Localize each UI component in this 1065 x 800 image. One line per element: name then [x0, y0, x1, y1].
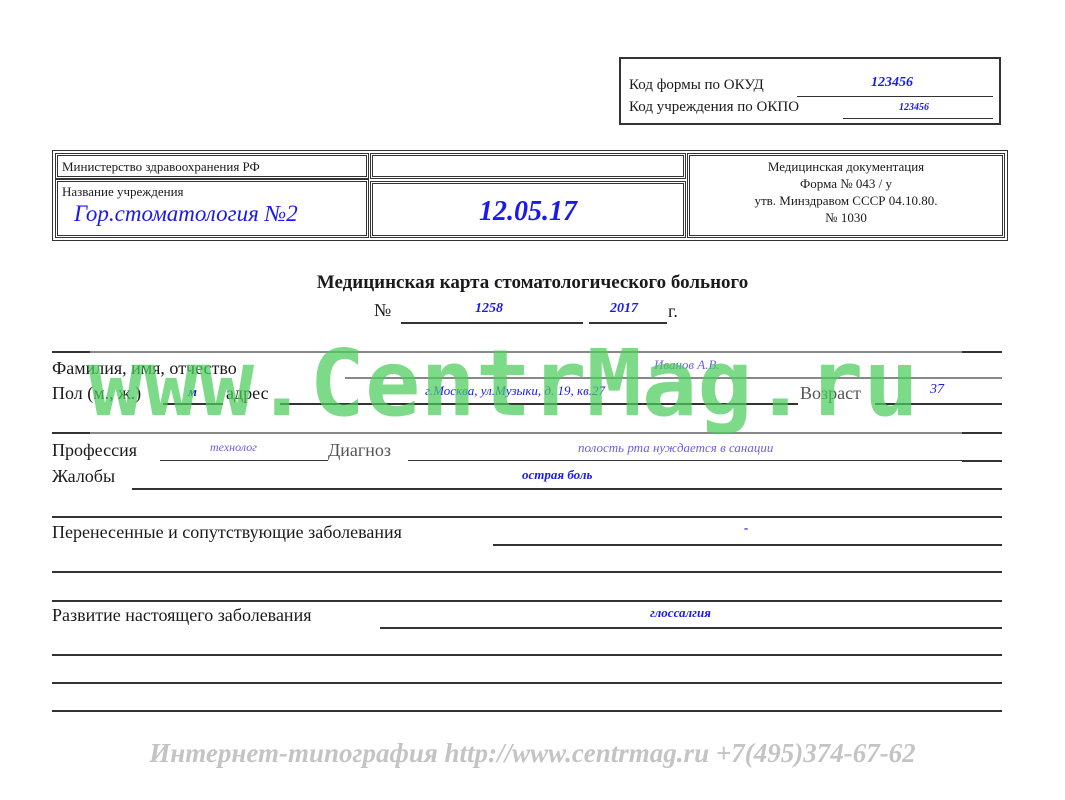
profession-label: Профессия	[52, 440, 137, 461]
diagnosis-label: Диагноз	[328, 440, 391, 461]
form-info-cell: Медицинская документация Форма № 043 / у…	[687, 153, 1005, 238]
date-value[interactable]: 12.05.17	[373, 196, 683, 228]
card-year-value[interactable]: 2017	[610, 301, 638, 317]
past-diseases-value[interactable]: -	[744, 520, 748, 536]
form-info-line4: № 1030	[690, 209, 1002, 226]
complaints-value[interactable]: острая боль	[522, 467, 592, 483]
number-sign: №	[374, 300, 391, 321]
age-value[interactable]: 37	[930, 382, 944, 398]
ministry-cell: Министерство здравоохранения РФ	[55, 153, 369, 179]
current-disease-value[interactable]: глоссалгия	[650, 605, 711, 621]
current-disease-label: Развитие настоящего заболевания	[52, 605, 311, 626]
okpo-value[interactable]: 123456	[899, 102, 929, 113]
watermark: www.CentrMag.ru	[88, 338, 919, 430]
date-cell: 12.05.17	[370, 181, 686, 238]
okud-value[interactable]: 123456	[871, 75, 913, 91]
past-diseases-label: Перенесенные и сопутствующие заболевания	[52, 522, 402, 543]
institution-label: Название учреждения	[62, 184, 184, 200]
complaints-label: Жалобы	[52, 466, 115, 487]
document-title: Медицинская карта стоматологического бол…	[0, 272, 1065, 294]
form-info-line2: Форма № 043 / у	[690, 175, 1002, 192]
form-info-line3: утв. Минздравом СССР 04.10.80.	[690, 192, 1002, 209]
year-suffix: г.	[668, 301, 678, 322]
form-codes-box: Код формы по ОКУД 123456 Код учреждения …	[619, 57, 1001, 125]
ministry-text: Министерство здравоохранения РФ	[62, 159, 260, 175]
institution-value[interactable]: Гор.стоматология №2	[74, 201, 298, 227]
blank-cell	[370, 153, 686, 179]
form-info-line1: Медицинская документация	[690, 158, 1002, 175]
institution-cell: Название учреждения Гор.стоматология №2	[55, 179, 369, 238]
okpo-label: Код учреждения по ОКПО	[629, 99, 799, 116]
footer-advert: Интернет-типография http://www.centrmag.…	[0, 738, 1065, 769]
diagnosis-value[interactable]: полость рта нуждается в санации	[578, 440, 773, 456]
card-number-value[interactable]: 1258	[475, 301, 503, 317]
profession-value[interactable]: технолог	[210, 440, 257, 455]
okud-label: Код формы по ОКУД	[629, 77, 764, 94]
